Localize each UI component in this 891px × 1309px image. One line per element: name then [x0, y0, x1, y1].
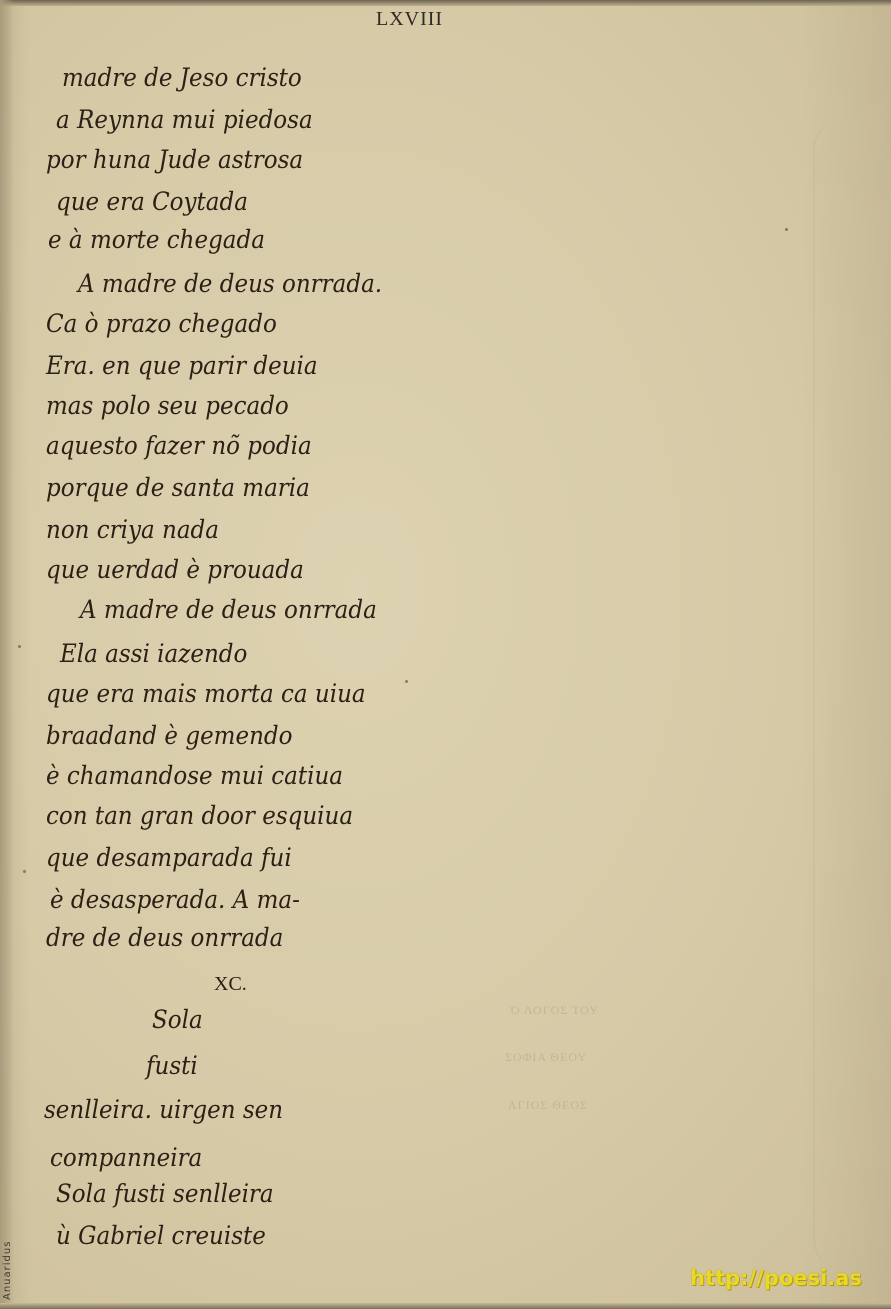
manuscript-page: LXVIII madre de Jeso cristoa Reynna mui … — [0, 0, 891, 1309]
verse-line: braadand è gemendo — [46, 722, 292, 750]
section-verse-line: Sola fusti senlleira — [56, 1180, 274, 1208]
ink-speck — [23, 870, 26, 873]
section-verse-line: companneira — [50, 1144, 202, 1172]
verse-line: por huna Jude astrosa — [46, 146, 303, 174]
verse-line: e à morte chegada — [48, 226, 265, 254]
ink-speck — [18, 645, 21, 648]
bleed-through-line: ΑΓΙΟΣ ΘΕΟΣ — [508, 1098, 588, 1113]
section-verse-line: fusti — [146, 1052, 198, 1080]
library-spine-label: Anuaridus — [2, 1200, 18, 1300]
page-bottom-edge — [0, 1303, 891, 1309]
section-verse-line: ù Gabriel creuiste — [56, 1222, 266, 1250]
verse-line: dre de deus onrrada — [46, 924, 283, 952]
verse-line: que uerdad è prouada — [46, 556, 304, 584]
ink-speck — [405, 680, 408, 683]
verse-line: con tan gran door esquiua — [46, 802, 353, 830]
section-verse-line: senlleira. uirgen sen — [44, 1096, 283, 1124]
verse-line: Ca ò prazo chegado — [46, 310, 277, 338]
section-number: XC. — [214, 973, 247, 996]
verse-line: è desasperada. A ma- — [50, 886, 300, 914]
verse-line: mas polo seu pecado — [46, 392, 289, 420]
verse-line: que era Coytada — [56, 188, 248, 216]
verse-line: A madre de deus onrrada. — [78, 270, 382, 298]
verse-line: que desamparada fui — [46, 844, 292, 872]
verse-line: Ela assi iazendo — [60, 640, 247, 668]
verse-line: non criya nada — [46, 516, 219, 544]
bleed-through-line: ΣΟΦΙΑ ΘΕΟΥ — [505, 1050, 587, 1065]
watermark-link[interactable]: http://poesi.as — [690, 1266, 862, 1290]
verse-line: que era mais morta ca uiua — [46, 680, 366, 708]
verse-line: A madre de deus onrrada — [80, 596, 377, 624]
bleed-through-line: Ὁ ΛΟΓΟΣ ΤΟΥ — [510, 1003, 599, 1018]
verse-line: madre de Jeso cristo — [62, 64, 302, 92]
ink-speck — [785, 228, 788, 231]
verse-line: a Reynna mui piedosa — [56, 106, 313, 134]
verse-line: è chamandose mui catiua — [46, 762, 343, 790]
verse-line: porque de santa maria — [46, 474, 310, 502]
section-verse-line: Sola — [152, 1006, 203, 1034]
verse-line: Era. en que parir deuia — [46, 352, 318, 380]
verse-line: aquesto fazer nõ podia — [46, 432, 312, 460]
